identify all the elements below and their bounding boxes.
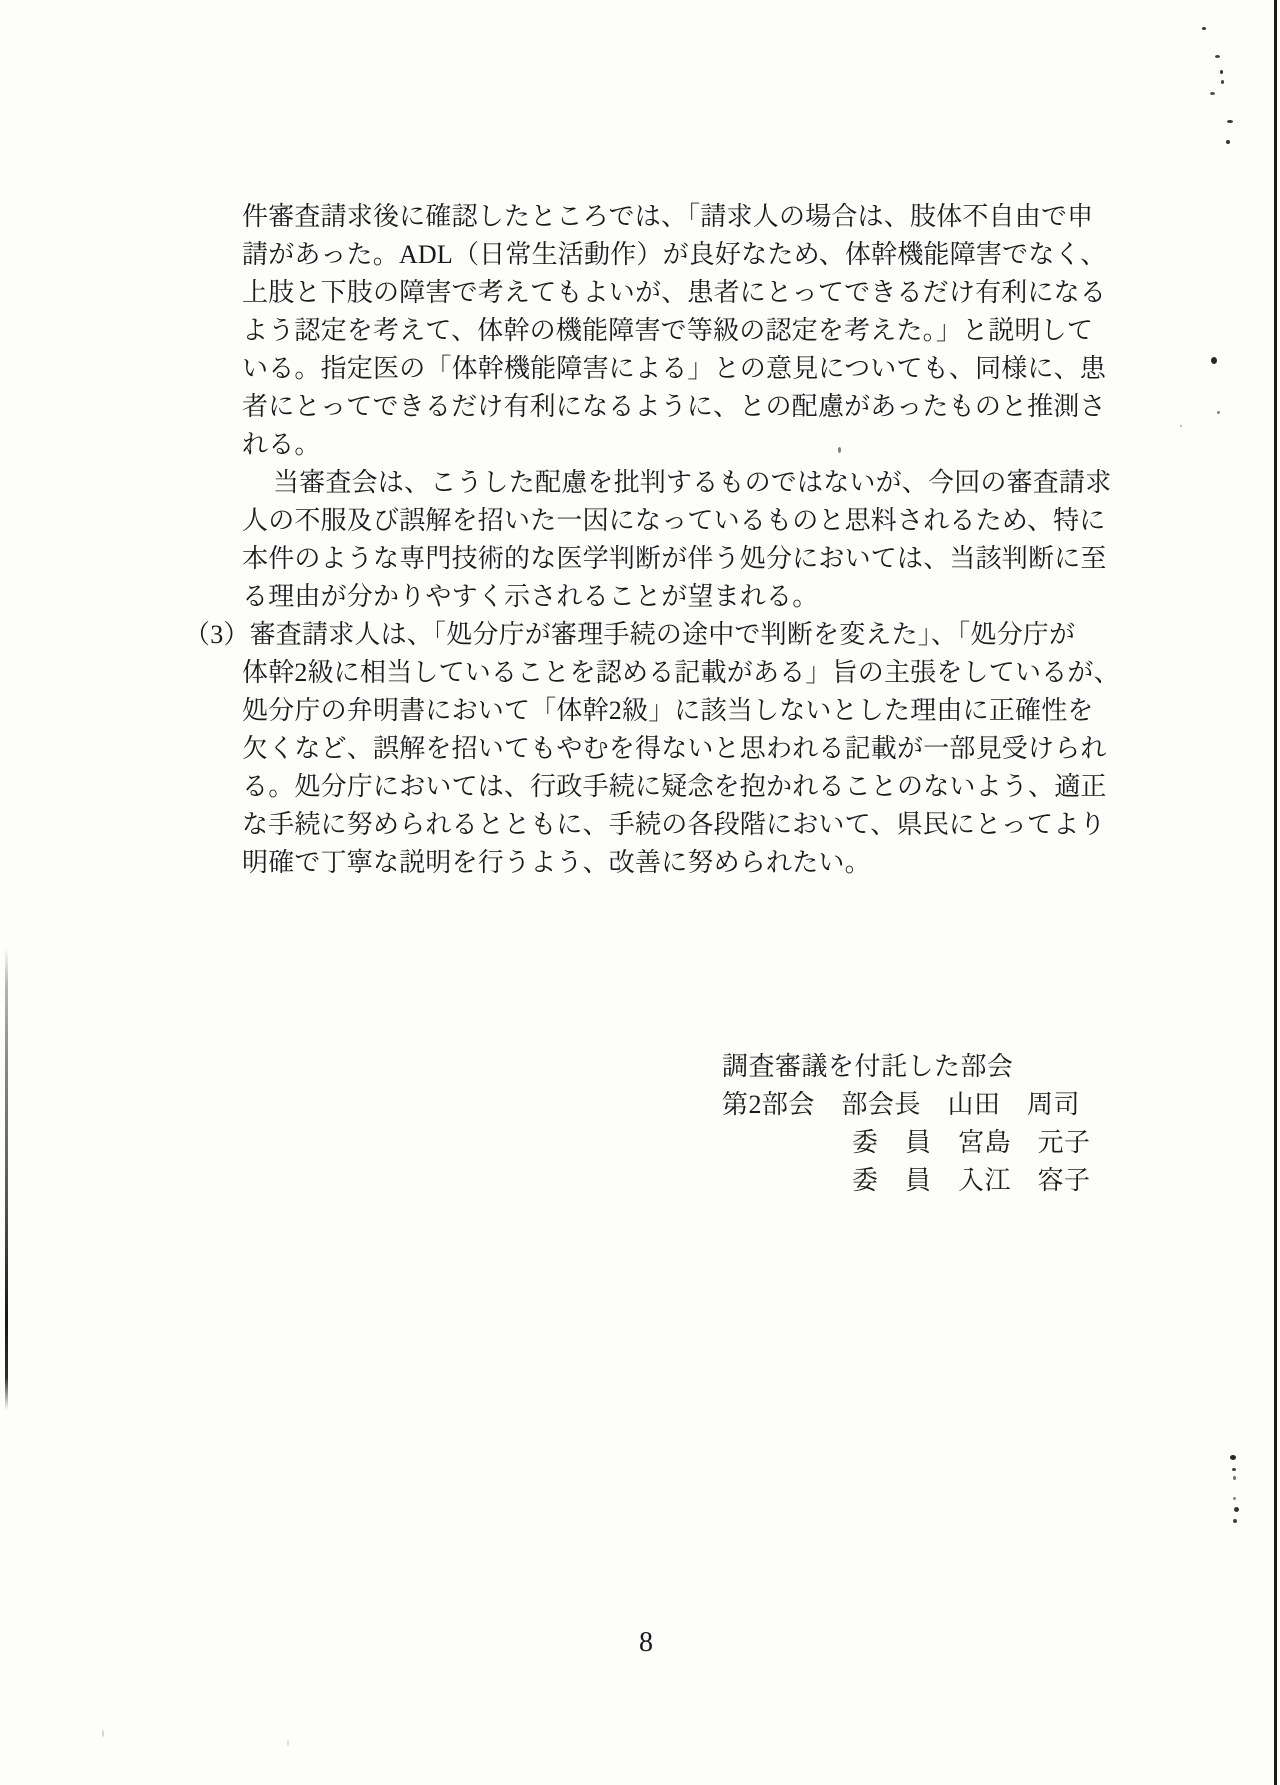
scan-speck: [1227, 120, 1233, 123]
text-line: る。処分庁においては、行政手続に疑念を抱かれることのないよう、適正: [242, 768, 1142, 806]
text-line: 欠くなど、誤解を招いてもやむを得ないと思われる記載が一部見受けられ: [242, 730, 1142, 768]
scan-speck: [1233, 1519, 1237, 1523]
body-text-block: 件審査請求後に確認したところでは、「請求人の場合は、肢体不自由で申 請があった。…: [242, 198, 1142, 882]
signature-chairperson: 第2部会 部会長 山田 周司: [722, 1086, 1091, 1124]
scan-speck: [1230, 1455, 1236, 1460]
scan-speck: [1217, 411, 1220, 414]
scan-speck: [1234, 1507, 1239, 1512]
text-line: 請があった。ADL（日常生活動作）が良好なため、体幹機能障害でなく、: [242, 236, 1142, 274]
page-number: 8: [616, 1624, 676, 1662]
signature-committee-title: 調査審議を付託した部会: [722, 1048, 1091, 1086]
scan-edge-line-left: [5, 948, 8, 1410]
scan-edge-line-right: [1274, 0, 1277, 1785]
text-line: 人の不服及び誤解を招いた一因になっているものと思料されるため、特に: [242, 502, 1142, 540]
scan-speck: [1202, 27, 1206, 30]
text-line-paragraph-start: 当審査会は、こうした配慮を批判するものではないが、今回の審査請求: [242, 464, 1142, 502]
text-line: 体幹2級に相当していることを認める記載がある」旨の主張をしているが、: [242, 654, 1142, 692]
scan-speck: [1226, 140, 1230, 144]
text-line: な手続に努められるとともに、手続の各段階において、県民にとってより: [242, 806, 1142, 844]
text-line: いる。指定医の「体幹機能障害による」との意見についても、同様に、患: [242, 350, 1142, 388]
scanned-document-page: 件審査請求後に確認したところでは、「請求人の場合は、肢体不自由で申 請があった。…: [0, 0, 1280, 1785]
scan-speck: [1221, 80, 1224, 84]
text-line: 件審査請求後に確認したところでは、「請求人の場合は、肢体不自由で申: [242, 198, 1142, 236]
text-line: 本件のような専門技術的な医学判断が伴う処分においては、当該判断に至: [242, 540, 1142, 578]
scan-speck: [838, 447, 841, 453]
signature-member: 委 員 宮島 元子: [852, 1124, 1091, 1162]
scan-speck: [1210, 92, 1215, 95]
scan-speck: [1211, 357, 1217, 364]
text-line: 処分庁の弁明書において「体幹2級」に該当しないとした理由に正確性を: [242, 692, 1142, 730]
text-line: 上肢と下肢の障害で考えてもよいが、患者にとってできるだけ有利になる: [242, 274, 1142, 312]
text-line-item-3: （3）審査請求人は、「処分庁が審理手続の途中で判断を変えた」、「処分庁が: [184, 616, 1142, 654]
scan-speck: [1233, 1476, 1236, 1480]
text-line: れる。: [242, 426, 1142, 464]
text-line: よう認定を考えて、体幹の機能障害で等級の認定を考えた。」と説明して: [242, 312, 1142, 350]
text-line: 者にとってできるだけ有利になるように、との配慮があったものと推測さ: [242, 388, 1142, 426]
scan-speck: [102, 1730, 104, 1737]
signature-member: 委 員 入江 容子: [852, 1162, 1091, 1200]
scan-speck: [1232, 1468, 1236, 1471]
scan-speck: [287, 1740, 289, 1746]
signature-block: 調査審議を付託した部会 第2部会 部会長 山田 周司 委 員 宮島 元子 委 員…: [722, 1048, 1091, 1200]
scan-speck: [1180, 425, 1182, 427]
text-line: る理由が分かりやすく示されることが望まれる。: [242, 578, 1142, 616]
text-line: 明確で丁寧な説明を行うよう、改善に努められたい。: [242, 844, 1142, 882]
scan-speck: [1215, 55, 1220, 58]
scan-speck: [1233, 1497, 1236, 1500]
scan-speck: [1220, 70, 1223, 74]
